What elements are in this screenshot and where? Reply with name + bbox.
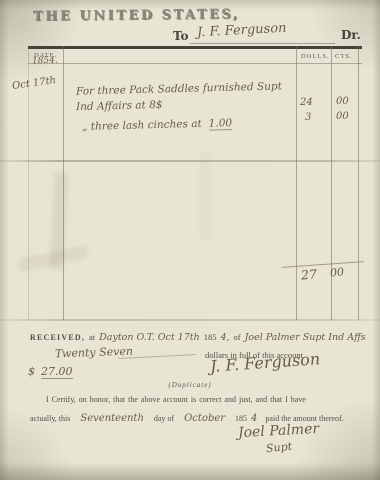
entry-row-unit-price: 1.00 xyxy=(209,117,233,131)
ink-bleed-smudge xyxy=(200,152,210,240)
entry-date-handwritten: Oct 17th xyxy=(11,75,56,92)
entry-row-description: For three Pack Saddles furnished Supt xyxy=(76,80,282,97)
paper-fold-line xyxy=(0,319,380,321)
entry-row-dolls: 3 xyxy=(305,112,311,123)
amount-figures: $ 27.00 xyxy=(28,362,73,380)
day-of-label: day of xyxy=(154,414,174,423)
place-date-handwritten: Dayton O.T. Oct 17th xyxy=(99,332,200,343)
certify-year-printed: 185 xyxy=(235,414,247,423)
entry-row-cts: 00 xyxy=(336,96,349,107)
amount-figures-handwritten: 27.00 xyxy=(41,365,73,379)
of-label: of xyxy=(234,332,241,342)
table-right-border xyxy=(358,46,359,320)
entry-year-handwritten: 1854. xyxy=(32,56,58,67)
certifier-signature: Joel Palmer xyxy=(238,421,320,441)
duplicate-label: (Duplicate) xyxy=(168,381,211,389)
column-header-dolls: DOLLS. xyxy=(301,53,330,60)
paper-fold-line xyxy=(0,160,380,162)
payer-name-handwritten: Joel Palmer Supt Ind Affs xyxy=(245,332,366,343)
currency-symbol: $ xyxy=(28,365,35,378)
received-label: RECEIVED, xyxy=(30,333,85,342)
entry-row-cts: 00 xyxy=(336,111,349,122)
received-clause: RECEIVED, at Dayton O.T. Oct 17th 185 4,… xyxy=(30,327,366,345)
entry-row-dolls: 24 xyxy=(300,97,313,108)
payee-name-handwritten: J. F. Ferguson xyxy=(197,21,287,41)
day-handwritten: Seventeenth xyxy=(80,413,144,424)
to-label: To xyxy=(173,29,189,43)
year-printed: 185 xyxy=(204,332,217,342)
column-header-cts: CTS. xyxy=(335,53,353,60)
certify-prefix: actually, this xyxy=(30,414,70,423)
at-label: at xyxy=(89,332,95,342)
month-handwritten: October xyxy=(184,413,225,424)
certify-line1: I Certify, on honor, that the above acco… xyxy=(30,395,362,404)
total-dolls-handwritten: 27 xyxy=(300,266,317,282)
payee-baseline xyxy=(190,43,335,44)
scanned-voucher-document: THE UNITED STATES, To J. F. Ferguson Dr.… xyxy=(0,0,380,480)
total-cts-handwritten: 00 xyxy=(329,265,344,279)
table-dolls-divider xyxy=(296,46,297,320)
document-title: THE UNITED STATES, xyxy=(33,7,240,24)
total-overline-stroke xyxy=(282,261,364,268)
header-rule xyxy=(28,46,362,49)
certify-year-handwritten: 4 xyxy=(251,413,257,424)
year-handwritten: 4, xyxy=(220,332,229,343)
table-header-underline xyxy=(28,63,362,64)
entry-row-description: „ three lash cinches at xyxy=(82,118,202,133)
entry-row: „ three lash cinches at 1.00 xyxy=(82,113,233,135)
dr-label: Dr. xyxy=(341,28,361,42)
certifier-title-handwritten: Supt xyxy=(265,440,292,456)
entry-row-description: Ind Affairs at 8$ xyxy=(76,99,163,113)
